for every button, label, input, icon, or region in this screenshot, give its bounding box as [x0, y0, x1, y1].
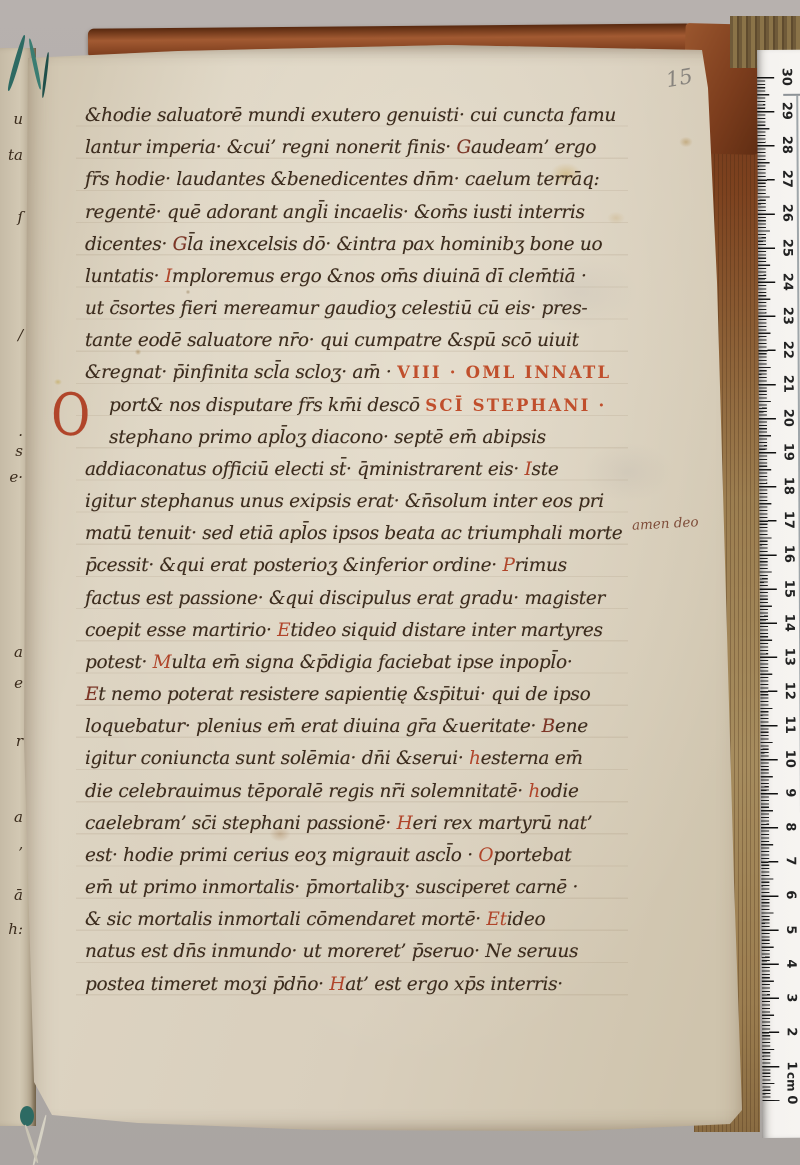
text-segment: mploremus ergo &nos om̄s diuinā dī clem̄…	[172, 266, 587, 287]
text-segment: igitur coniuncta sunt solēmia· dn̄i &ser…	[85, 748, 469, 769]
ruler-number: 13	[783, 647, 796, 665]
ruler-number: 29	[780, 102, 793, 120]
text-segment: factus est passione· &qui discipulus era…	[85, 588, 605, 609]
manuscript-line: dicentes· Gl̄a inexcelsis dō· &intra pax…	[85, 234, 602, 256]
ruler-number: 3	[784, 993, 797, 1002]
manuscript-line: port& nos disputare fr̄s km̄i descō SCĪ …	[109, 395, 606, 417]
ruler-number: 17	[782, 511, 795, 529]
ruler-number: 21	[781, 375, 794, 393]
text-segment: G	[173, 234, 187, 255]
manuscript-line: regentē· quē adorant angl̄i incaelis· &o…	[85, 202, 585, 224]
manuscript-line: ut c̄sortes fieri mereamur gaudioʒ celes…	[85, 298, 587, 320]
ruler-number: 2	[785, 1027, 798, 1036]
ruler-number: 18	[782, 477, 795, 495]
text-segment: H	[397, 813, 413, 834]
text-segment: die celebrauimus tēporalē regis nr̄i sol…	[85, 781, 528, 802]
text-segment: port& nos disputare fr̄s km̄i descō	[109, 395, 425, 416]
manuscript-line: em̄ ut primo inmortalis· p̄mortalibʒ· su…	[85, 877, 578, 899]
text-segment: matū tenuit· sed etiā apl̄os ipsos beata…	[85, 523, 622, 544]
ruler-number: 12	[783, 682, 796, 700]
text-segment: esterna em̄	[481, 748, 583, 769]
text-segment: Et	[486, 909, 506, 930]
ruler-unit-label: cm	[785, 1072, 797, 1092]
ruler-number: 6	[784, 891, 797, 900]
text-segment: G	[456, 137, 470, 158]
manuscript-line: fr̄s hodie· laudantes &benedicentes dn̄m…	[85, 169, 599, 191]
text-segment: p̄cessit· &qui erat posterioʒ &inferior …	[85, 555, 502, 576]
manuscript-line: Et nemo poterat resistere sapientię &sp̄…	[85, 684, 590, 706]
measuring-ruler: 0123456789101112131415161718192021222324…	[757, 50, 800, 1138]
ruler-number: 15	[782, 579, 795, 597]
marginal-note: amen deo	[632, 516, 699, 533]
manuscript-line: p̄cessit· &qui erat posterioʒ &inferior …	[85, 555, 567, 577]
letter-fragment: e	[14, 676, 23, 691]
text-segment: natus est dn̄s inmundo· ut moreret’ p̄se…	[85, 941, 578, 962]
text-segment: I	[165, 266, 172, 287]
manuscript-line: matū tenuit· sed etiā apl̄os ipsos beata…	[85, 523, 622, 545]
letter-fragment: e·	[9, 470, 23, 485]
ruler-edge-line	[796, 96, 800, 1130]
text-segment: lantur imperia· &cui’ regni nonerit fini…	[85, 137, 456, 158]
text-segment: rimus	[515, 555, 567, 576]
text-segment: E	[85, 684, 98, 705]
manuscript-photo: utaſ/.se·aera’āh: 15 O &hodie saluatorē …	[0, 0, 800, 1165]
letter-fragment: ta	[8, 148, 23, 163]
text-segment: dicentes·	[85, 234, 173, 255]
ruler-number: 26	[780, 204, 793, 222]
ruler-number: 30	[780, 68, 793, 86]
text-segment: I	[525, 459, 532, 480]
text-segment: H	[329, 974, 345, 995]
text-segment: luntatis·	[85, 266, 165, 287]
text-segment: loquebatur· plenius em̄ erat diuina gr̄a…	[85, 716, 542, 737]
ruler-number: 27	[780, 170, 793, 188]
letter-fragment: /	[18, 328, 23, 343]
ruler-number: 23	[781, 306, 794, 324]
text-segment: coepit esse martirio·	[85, 620, 277, 641]
text-segment: VIII · OML INNATL	[397, 363, 611, 382]
text-segment: postea timeret moʒi p̄dn̄o·	[85, 974, 329, 995]
manuscript-line: factus est passione· &qui discipulus era…	[85, 588, 605, 610]
ruler-number: 0	[785, 1095, 798, 1104]
letter-fragment: a	[14, 645, 23, 660]
text-segment: &regnat· p̄infinita scl̄a scloʒ· am̄ ·	[85, 362, 397, 383]
ruler-number: 11	[783, 716, 796, 734]
text-segment: h	[469, 748, 481, 769]
text-segment: O	[478, 845, 493, 866]
ruler-number: 7	[784, 857, 797, 866]
manuscript-line: igitur stephanus unus exipsis erat· &n̄s…	[85, 491, 604, 513]
manuscript-line: luntatis· Imploremus ergo &nos om̄s diui…	[85, 266, 587, 288]
manuscript-line: &hodie saluatorē mundi exutero genuisti·…	[85, 105, 616, 127]
ruler-number: 24	[781, 272, 794, 290]
text-segment: at’ est ergo xp̄s interris·	[345, 974, 563, 995]
text-segment: regentē· quē adorant angl̄i incaelis· &o…	[85, 202, 585, 223]
text-segment: h	[528, 781, 540, 802]
ruler-number: 25	[780, 238, 793, 256]
bookmark-thread	[20, 1106, 34, 1126]
text-segment: eri rex martyrū nat’	[412, 813, 592, 834]
manuscript-line: stephano primo apl̄oʒ diacono· septē em̄…	[109, 427, 546, 449]
ruler-number: 1	[785, 1061, 798, 1070]
text-segment: odie	[540, 781, 579, 802]
text-block: &hodie saluatorē mundi exutero genuisti·…	[85, 42, 685, 1136]
text-segment: tideo siquid distare inter martyres	[290, 620, 602, 641]
text-segment: est· hodie primi cerius eoʒ migrauit asc…	[85, 845, 478, 866]
text-segment: B	[542, 716, 555, 737]
parchment-page: 15 O &hodie saluatorē mundi exutero genu…	[18, 42, 752, 1136]
ruler-number: 8	[784, 822, 797, 831]
text-segment: em̄ ut primo inmortalis· p̄mortalibʒ· su…	[85, 877, 578, 898]
manuscript-line: est· hodie primi cerius eoʒ migrauit asc…	[85, 845, 571, 867]
text-segment: ideo	[507, 909, 546, 930]
letter-fragment: r	[16, 734, 23, 749]
text-segment: P	[502, 555, 514, 576]
text-segment: ene	[555, 716, 588, 737]
manuscript-line: loquebatur· plenius em̄ erat diuina gr̄a…	[85, 716, 588, 738]
text-segment: audeam’ ergo	[471, 137, 596, 158]
text-segment: SCĪ STEPHANI ·	[425, 396, 606, 415]
text-segment: &hodie saluatorē mundi exutero genuisti·…	[85, 105, 616, 126]
manuscript-line: die celebrauimus tēporalē regis nr̄i sol…	[85, 781, 579, 803]
ruler-number: 9	[783, 788, 796, 797]
ruler-number: 28	[780, 136, 793, 154]
text-segment: E	[277, 620, 290, 641]
ruler-number: 16	[782, 545, 795, 563]
text-segment: igitur stephanus unus exipsis erat· &n̄s…	[85, 491, 604, 512]
text-segment: portebat	[493, 845, 571, 866]
letter-fragment: a	[14, 810, 23, 825]
text-segment: tante eodē saluatore nr̄o· qui cumpatre …	[85, 330, 579, 351]
letter-fragment: s	[15, 444, 23, 459]
manuscript-line: & sic mortalis inmortali cōmendaret mort…	[85, 909, 545, 931]
text-segment: potest·	[85, 652, 153, 673]
text-segment: stephano primo apl̄oʒ diacono· septē em̄…	[109, 427, 546, 448]
manuscript-line: igitur coniuncta sunt solēmia· dn̄i &ser…	[85, 748, 583, 770]
letter-fragment: ā	[14, 888, 23, 903]
ruler-number: 14	[782, 613, 795, 631]
ruler-number: 19	[782, 443, 795, 461]
text-segment: M	[153, 652, 172, 673]
manuscript-line: tante eodē saluatore nr̄o· qui cumpatre …	[85, 330, 579, 352]
ruler-number: 5	[784, 925, 797, 934]
ruler-ticks-cm	[757, 77, 779, 1101]
text-segment: fr̄s hodie· laudantes &benedicentes dn̄m…	[85, 169, 599, 190]
text-segment: ut c̄sortes fieri mereamur gaudioʒ celes…	[85, 298, 587, 319]
manuscript-line: coepit esse martirio· Etideo siquid dist…	[85, 620, 603, 642]
letter-fragment: h:	[8, 922, 23, 937]
ruler-number: 20	[781, 409, 794, 427]
manuscript-line: postea timeret moʒi p̄dn̄o· Hat’ est erg…	[85, 974, 563, 996]
letter-fragment: ’	[18, 846, 23, 861]
manuscript-line: caelebram’ sc̄i stephani passionē· Heri …	[85, 813, 592, 835]
ruler-number: 22	[781, 341, 794, 359]
text-segment: & sic mortalis inmortali cōmendaret mort…	[85, 909, 486, 930]
text-segment: ulta em̄ signa &p̄digia faciebat ipse in…	[171, 652, 572, 673]
letter-fragment: .	[18, 424, 23, 439]
manuscript-line: lantur imperia· &cui’ regni nonerit fini…	[85, 137, 596, 159]
ruler-number: 10	[783, 750, 796, 768]
text-segment: ste	[532, 459, 559, 480]
ruler-number: 4	[784, 959, 797, 968]
text-segment: t nemo poterat resistere sapientię &sp̄i…	[98, 684, 590, 705]
letter-fragment: u	[13, 112, 23, 127]
manuscript-line: natus est dn̄s inmundo· ut moreret’ p̄se…	[85, 941, 578, 963]
manuscript-line: potest· Multa em̄ signa &p̄digia facieba…	[85, 652, 572, 674]
text-segment: l̄a inexcelsis dō· &intra pax hominibʒ b…	[187, 234, 602, 255]
manuscript-line: &regnat· p̄infinita scl̄a scloʒ· am̄ · V…	[85, 362, 611, 384]
manuscript-line: addiaconatus officiū electi st̄· q̄minis…	[85, 459, 559, 481]
text-segment: caelebram’ sc̄i stephani passionē·	[85, 813, 397, 834]
text-segment: addiaconatus officiū electi st̄· q̄minis…	[85, 459, 525, 480]
letter-fragment: ſ	[17, 210, 23, 225]
